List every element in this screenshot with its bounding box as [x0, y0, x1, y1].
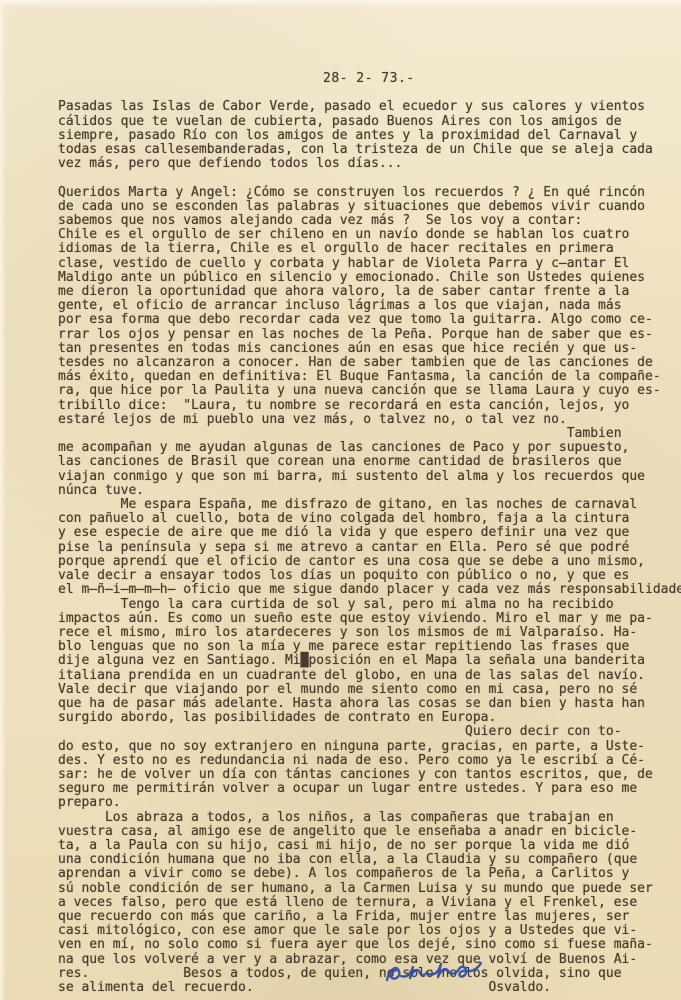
letter-page: 28- 2- 73.- Pasadas las Islas de Cabor V… — [0, 0, 681, 1000]
letter-date: 28- 2- 73.- — [323, 72, 681, 86]
letter-body: Pasadas las Islas de Cabor Verde, pasado… — [58, 100, 681, 995]
handwritten-signature — [383, 956, 485, 990]
